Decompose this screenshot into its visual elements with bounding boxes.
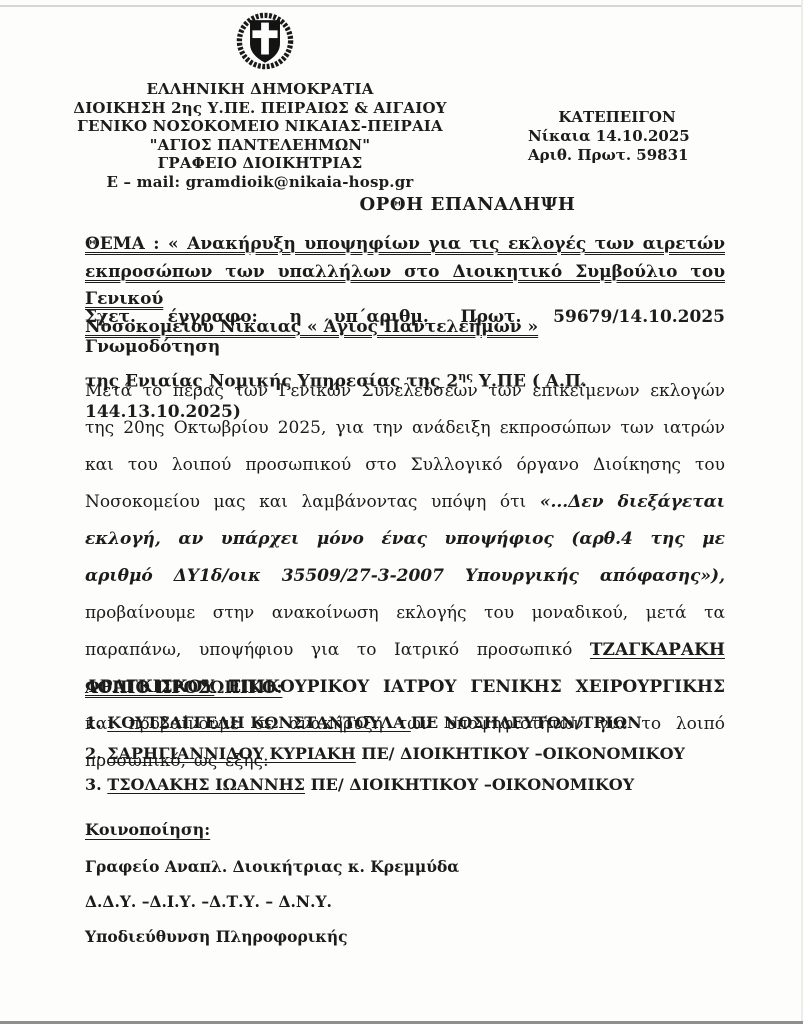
distribution-list: Γραφείο Αναπλ. Διοικήτριας κ. Κρεμμύδα Δ… [85,856,725,961]
candidate-role: ΠΕ ΝΟΣΗΛΕΥΤΩΝ/ΤΡΙΩΝ [411,713,642,732]
document-page: ΕΛΛΗΝΙΚΗ ΔΗΜΟΚΡΑΤΙΑ ΔΙΟΙΚΗΣΗ 2ης Υ.ΠΕ. Π… [0,0,803,1024]
list-item: 2. ΣΑΡΗΓΙΑΝΝΙΔΟΥ ΚΥΡΙΑΚΗ ΠΕ/ ΔΙΟΙΚΗΤΙΚΟΥ… [85,743,725,764]
item-number: 2. [85,744,107,763]
candidate-role: ΠΕ/ ΔΙΟΙΚΗΤΙΚΟΥ –ΟΙΚΟΝΟΜΙΚΟΥ [356,744,685,763]
letterhead-hospital-name: "ΑΓΙΟΣ ΠΑΝΤΕΛΕΗΜΩΝ" [55,136,465,155]
protocol-number: Αριθ. Πρωτ. 59831 [528,146,706,165]
distribution-line: Δ.Δ.Υ. –Δ.Ι.Υ. –Δ.Τ.Υ. – Δ.Ν.Υ. [85,891,725,912]
letterhead-administration: ΔΙΟΙΚΗΣΗ 2ης Υ.ΠΕ. ΠΕΙΡΑΙΩΣ & ΑΙΓΑΙΟΥ [55,99,465,118]
list-item: 1. ΚΟΥΤΣΑΓΓΕΛΗ ΚΩΝΣΤΑΝΤΟΥΛΑ ΠΕ ΝΟΣΗΛΕΥΤΩ… [85,712,725,733]
staff-section-heading: ΛΟΙΠΟ ΠΡΟΣΩΠΙΚΟ: [85,678,282,697]
document-title: ΟΡΘΗ ΕΠΑΝΑΛΗΨΗ [0,194,803,215]
letterhead-email: E – mail: gramdioik@nikaia-hosp.gr [55,173,465,192]
item-number: 3. [85,775,107,794]
candidate-name: ΣΑΡΗΓΙΑΝΝΙΔΟΥ ΚΥΡΙΑΚΗ [107,744,356,763]
place-date: Νίκαια 14.10.2025 [528,127,706,146]
greek-republic-emblem-icon [236,8,294,72]
urgency-label: ΚΑΤΕΠΕΙΓΟΝ [528,108,706,127]
letterhead-republic: ΕΛΛΗΝΙΚΗ ΔΗΜΟΚΡΑΤΙΑ [55,80,465,99]
letterhead-hospital: ΓΕΝΙΚΟ ΝΟΣΟΚΟΜΕΙΟ ΝΙΚΑΙΑΣ-ΠΕΙΡΑΙΑ [55,117,465,136]
header-right-block: ΚΑΤΕΠΕΙΓΟΝ Νίκαια 14.10.2025 Αριθ. Πρωτ.… [528,108,706,165]
scan-edge-top [0,5,803,7]
distribution-heading: Κοινοποίηση: [85,820,210,839]
candidate-role: ΠΕ/ ΔΙΟΙΚΗΤΙΚΟΥ –ΟΙΚΟΝΟΜΙΚΟΥ [305,775,634,794]
letterhead: ΕΛΛΗΝΙΚΗ ΔΗΜΟΚΡΑΤΙΑ ΔΙΟΙΚΗΣΗ 2ης Υ.ΠΕ. Π… [55,80,465,191]
letterhead-office: ΓΡΑΦΕΙΟ ΔΙΟΙΚΗΤΡΙΑΣ [55,154,465,173]
reference-line-1: Σχετ. έγγραφο: η υπ΄αριθμ. Πρωτ. 59679/1… [85,302,725,362]
doctor-title: ΕΠΙΚΟΥΡΙΚΟΥ ΙΑΤΡΟΥ ΓΕΝΙΚΗΣ ΧΕΙΡΟΥΡΓΙΚΗΣ [214,677,725,697]
candidate-name: ΚΟΥΤΣΑΓΓΕΛΗ ΚΩΝΣΤΑΝΤΟΥΛΑ [107,713,411,732]
list-item: 3. ΤΣΟΛΑΚΗΣ ΙΩΑΝΝΗΣ ΠΕ/ ΔΙΟΙΚΗΤΙΚΟΥ –ΟΙΚ… [85,774,725,795]
item-number: 1. [85,713,107,732]
subject-line-1: ΘΕΜΑ : « Ανακήρυξη υποψηφίων για τις εκλ… [85,231,725,259]
distribution-line: Γραφείο Αναπλ. Διοικήτριας κ. Κρεμμύδα [85,856,725,877]
candidate-list: 1. ΚΟΥΤΣΑΓΓΕΛΗ ΚΩΝΣΤΑΝΤΟΥΛΑ ΠΕ ΝΟΣΗΛΕΥΤΩ… [85,712,725,805]
candidate-name: ΤΣΟΛΑΚΗΣ ΙΩΑΝΝΗΣ [107,775,305,794]
distribution-line: Υποδιεύθυνση Πληροφορικής [85,926,725,947]
